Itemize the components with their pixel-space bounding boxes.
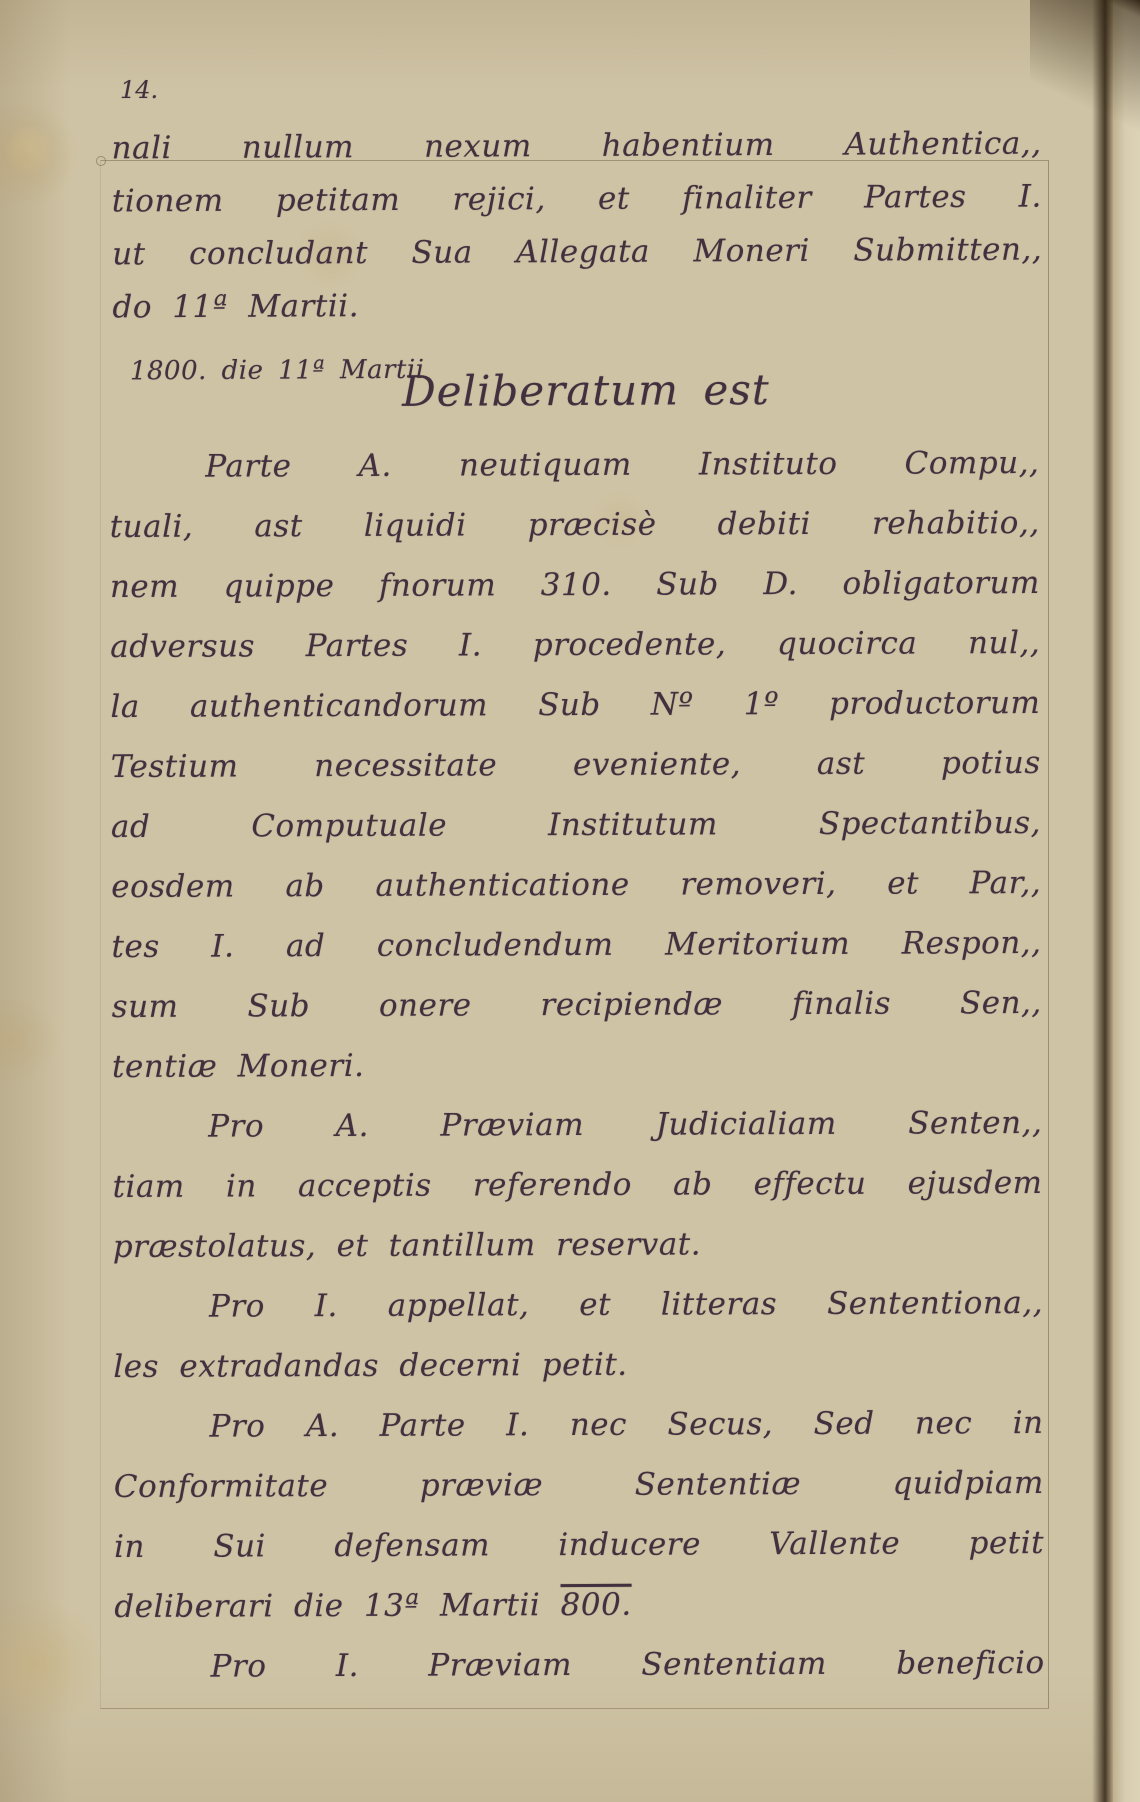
manuscript-page: 14. nali nullum nexum habentium Authenti… xyxy=(0,0,1113,1802)
header-lines: nali nullum nexum habentium Authentica,,… xyxy=(111,118,1042,335)
manuscript-photo: 14. nali nullum nexum habentium Authenti… xyxy=(0,0,1140,1802)
overlined-number: 800. xyxy=(561,1587,632,1623)
manuscript-line: les extradandas decerni petit. xyxy=(113,1333,1043,1397)
manuscript-line: Testium necessitate eveniente, ast potiu… xyxy=(111,733,1041,797)
manuscript-line: nali nullum nexum habentium Authentica,, xyxy=(111,118,1041,176)
page-corner-shadow xyxy=(1030,0,1140,170)
manuscript-line: sum Sub onere recipiendæ finalis Sen,, xyxy=(112,973,1042,1037)
manuscript-line: do 11ª Martii. xyxy=(112,277,1042,335)
page-number: 14. xyxy=(120,76,158,104)
manuscript-line: tes I. ad concludendum Meritorium Respon… xyxy=(111,913,1041,977)
manuscript-line: deliberari die 13ª Martii 800. xyxy=(114,1573,1044,1637)
manuscript-line: Pro I. appellat, et litteras Sententiona… xyxy=(113,1273,1043,1337)
manuscript-line: præstolatus, et tantillum reservat. xyxy=(113,1213,1043,1277)
manuscript-line: tionem petitam rejici, et finaliter Part… xyxy=(112,171,1042,229)
frame-corner-mark xyxy=(96,156,106,166)
underlying-page-edge xyxy=(1113,0,1140,1802)
manuscript-line: eosdem ab authenticatione removeri, et P… xyxy=(111,853,1041,917)
manuscript-line: Pro I. Præviam Sententiam beneficio xyxy=(114,1633,1044,1697)
body-lines: Parte A. neutiquam Instituto Compu,,tual… xyxy=(109,433,1044,1697)
manuscript-line: ad Computuale Institutum Spectantibus, xyxy=(111,793,1041,857)
manuscript-line: ut concludant Sua Allegata Moneri Submit… xyxy=(112,224,1042,282)
manuscript-line: tiam in acceptis referendo ab effectu ej… xyxy=(112,1153,1042,1217)
manuscript-line: tentiæ Moneri. xyxy=(112,1033,1042,1097)
book-binding-crease xyxy=(1092,0,1113,1802)
manuscript-line: nem quippe fnorum 310. Sub D. obligatoru… xyxy=(110,553,1040,617)
manuscript-line: tuali, ast liquidi præcisè debiti rehabi… xyxy=(110,493,1040,557)
manuscript-line: la authenticandorum Sub Nº 1º productoru… xyxy=(110,673,1040,737)
manuscript-line: Conformitate præviæ Sententiæ quidpiam xyxy=(114,1453,1044,1517)
manuscript-line: adversus Partes I. procedente, quocirca … xyxy=(110,613,1040,677)
date-note: 1800. die 11ª Martii xyxy=(130,355,425,387)
manuscript-line: Parte A. neutiquam Instituto Compu,, xyxy=(109,433,1039,497)
manuscript-line: Pro A. Præviam Judicialiam Senten,, xyxy=(112,1093,1042,1157)
dateline: 1800. die 11ª Martii Deliberatum est xyxy=(112,330,1043,438)
section-heading: Deliberatum est xyxy=(402,365,770,416)
manuscript-line: Pro A. Parte I. nec Secus, Sed nec in xyxy=(113,1393,1043,1457)
manuscript-line: in Sui defensam inducere Vallente petit xyxy=(114,1513,1044,1577)
